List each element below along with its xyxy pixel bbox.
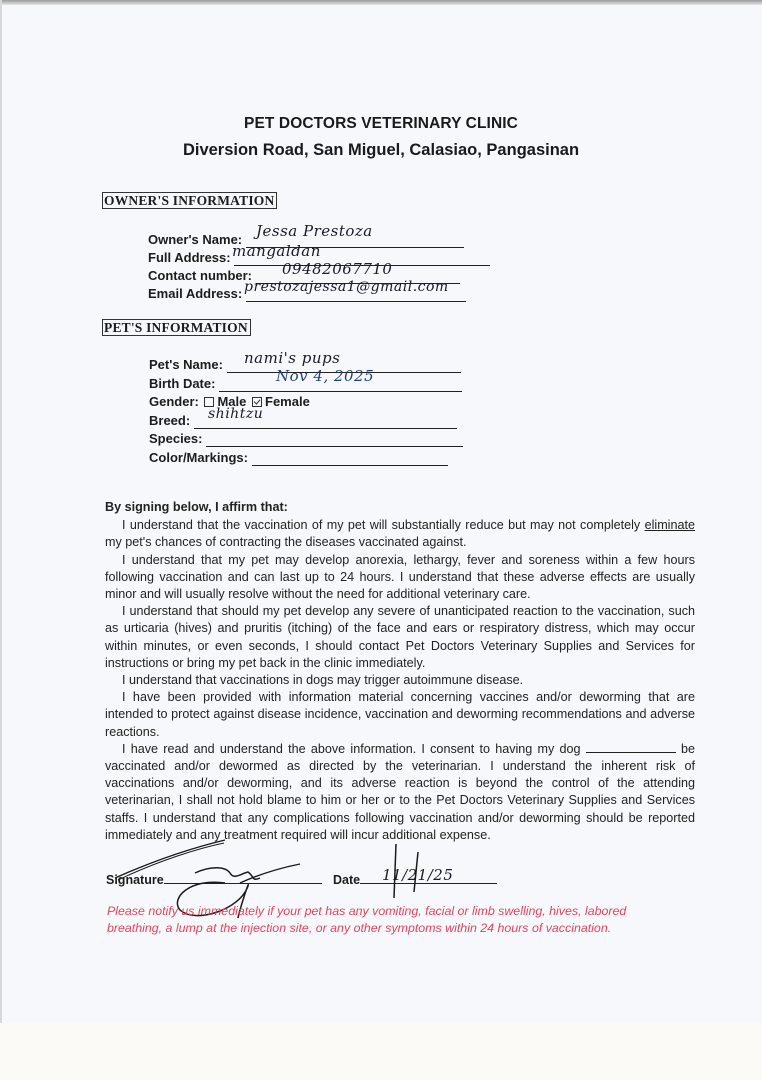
full-address-label: Full Address: bbox=[148, 250, 231, 266]
dog-name-blank[interactable] bbox=[586, 741, 676, 753]
birth-date-value: Nov 4, 2025 bbox=[276, 367, 374, 385]
pet-name-value: nami's pups bbox=[244, 349, 340, 367]
species-line[interactable] bbox=[206, 433, 463, 447]
consent-lead: By signing below, I affirm that: bbox=[105, 499, 695, 516]
gender-label: Gender: bbox=[149, 394, 199, 409]
color-markings-label: Color/Markings: bbox=[149, 450, 248, 466]
breed-field[interactable]: Breed: bbox=[149, 413, 457, 429]
contact-number-value: 09482067710 bbox=[282, 260, 392, 278]
consent-paragraph-2: I understand that my pet may develop ano… bbox=[105, 552, 695, 604]
female-label: Female bbox=[265, 394, 310, 409]
page-bottom-area bbox=[0, 1023, 762, 1080]
color-markings-field[interactable]: Color/Markings: bbox=[149, 450, 448, 466]
species-field[interactable]: Species: bbox=[149, 431, 463, 447]
color-markings-line[interactable] bbox=[252, 452, 448, 466]
pet-section-title: PET'S INFORMATION bbox=[102, 319, 251, 336]
owner-name-label: Owner's Name: bbox=[148, 232, 242, 248]
owner-section-title: OWNER'S INFORMATION bbox=[102, 192, 277, 209]
breed-value: shihtzu bbox=[208, 406, 263, 422]
birth-date-label: Birth Date: bbox=[149, 376, 215, 392]
full-address-value: mangaldan bbox=[232, 242, 321, 260]
aftercare-notice: Please notify us immediately if your pet… bbox=[107, 903, 647, 937]
consent-text: By signing below, I affirm that: I under… bbox=[105, 499, 695, 844]
clinic-name: PET DOCTORS VETERINARY CLINIC bbox=[0, 115, 762, 133]
consent-paragraph-6: I have read and understand the above inf… bbox=[105, 741, 695, 844]
breed-label: Breed: bbox=[149, 413, 190, 429]
consent-paragraph-4: I understand that vaccinations in dogs m… bbox=[105, 672, 695, 689]
page-edge bbox=[0, 0, 762, 5]
clinic-address: Diversion Road, San Miguel, Calasiao, Pa… bbox=[0, 141, 762, 160]
email-value: prestozajessa1@gmail.com bbox=[244, 279, 449, 295]
consent-paragraph-3: I understand that should my pet develop … bbox=[105, 603, 695, 672]
consent-paragraph-1: I understand that the vaccination of my … bbox=[105, 517, 695, 551]
owner-name-value: Jessa Prestoza bbox=[256, 222, 373, 240]
date-slashes-ink bbox=[390, 842, 440, 902]
species-label: Species: bbox=[149, 431, 202, 447]
page-edge-left bbox=[0, 0, 2, 1080]
consent-paragraph-5: I have been provided with information ma… bbox=[105, 689, 695, 741]
pet-name-label: Pet's Name: bbox=[149, 357, 223, 373]
contact-number-label: Contact number: bbox=[148, 268, 252, 284]
email-label: Email Address: bbox=[148, 286, 242, 302]
